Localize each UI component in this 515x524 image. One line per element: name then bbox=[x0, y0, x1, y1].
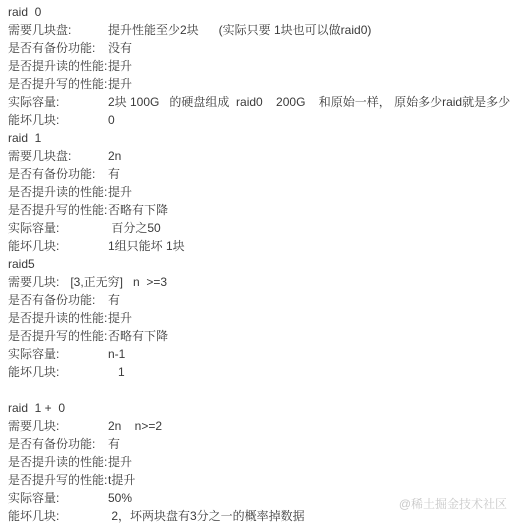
section-title: raid 0 bbox=[8, 3, 515, 21]
field-row: 是否有备份功能: 有 bbox=[8, 291, 515, 309]
field-label: 实际容量: bbox=[8, 345, 108, 363]
field-label: 是否提升读的性能: bbox=[8, 183, 108, 201]
field-row: 是否提升写的性能: t提升 bbox=[8, 471, 515, 489]
section-title: raid 1 bbox=[8, 129, 515, 147]
field-value: [3,正无穷] n >=3 bbox=[70, 273, 167, 291]
section-title: raid5 bbox=[8, 255, 515, 273]
field-label: 是否有备份功能: bbox=[8, 165, 108, 183]
field-value: 2n n>=2 bbox=[108, 417, 162, 435]
field-label: 是否提升读的性能: bbox=[8, 453, 108, 471]
notes-document: raid 0 需要几块盘: 提升性能至少2块 (实际只要 1块也可以做raid0… bbox=[0, 0, 515, 524]
field-row: 实际容量: 2块 100G 的硬盘组成 raid0 200G 和原始一样， 原始… bbox=[8, 93, 515, 111]
field-value: 有 bbox=[108, 435, 120, 453]
field-value: n-1 bbox=[108, 345, 125, 363]
field-value: 2n bbox=[108, 147, 121, 165]
section-title: raid 1 + 0 bbox=[8, 399, 515, 417]
field-value: 提升 bbox=[108, 453, 132, 471]
field-row: 是否提升读的性能: 提升 bbox=[8, 309, 515, 327]
field-value: 2，坏两块盘有3分之一的概率掉数据 bbox=[108, 507, 305, 524]
field-label: 是否提升写的性能: bbox=[8, 327, 108, 345]
field-label: 实际容量: bbox=[8, 93, 108, 111]
field-value: 否略有下降 bbox=[108, 327, 168, 345]
field-row: 需要几块盘: 提升性能至少2块 (实际只要 1块也可以做raid0) bbox=[8, 21, 515, 39]
field-row: 实际容量: n-1 bbox=[8, 345, 515, 363]
field-row: 实际容量: 百分之50 bbox=[8, 219, 515, 237]
field-label: 需要几块盘: bbox=[8, 147, 108, 165]
section-raid-5: raid5 需要几块: [3,正无穷] n >=3 是否有备份功能: 有 是否提… bbox=[8, 255, 515, 381]
field-label: 实际容量: bbox=[8, 219, 108, 237]
field-value: 否略有下降 bbox=[108, 201, 168, 219]
field-value: 百分之50 bbox=[108, 219, 161, 237]
field-label: 是否提升写的性能: bbox=[8, 75, 108, 93]
field-label: 是否提升写的性能: bbox=[8, 471, 108, 489]
field-value: 没有 bbox=[108, 39, 132, 57]
field-value: 提升性能至少2块 (实际只要 1块也可以做raid0) bbox=[108, 21, 371, 39]
field-value: 提升 bbox=[108, 57, 132, 75]
field-label: 是否有备份功能: bbox=[8, 435, 108, 453]
field-row: 需要几块: 2n n>=2 bbox=[8, 417, 515, 435]
field-value: 1 bbox=[108, 363, 125, 381]
field-label: 需要几块: bbox=[8, 273, 59, 291]
field-value: 有 bbox=[108, 291, 120, 309]
field-row: 需要几块: [3,正无穷] n >=3 bbox=[8, 273, 515, 291]
field-label: 是否提升写的性能: bbox=[8, 201, 108, 219]
field-value: 提升 bbox=[108, 75, 132, 93]
field-row: 是否提升读的性能: 提升 bbox=[8, 57, 515, 75]
field-row: 能坏几块: 0 bbox=[8, 111, 515, 129]
field-value: 2块 100G 的硬盘组成 raid0 200G 和原始一样， 原始多少raid… bbox=[108, 93, 510, 111]
field-row: 需要几块盘: 2n bbox=[8, 147, 515, 165]
field-row: 是否提升读的性能: 提升 bbox=[8, 183, 515, 201]
field-value: 0 bbox=[108, 111, 115, 129]
field-label: 需要几块: bbox=[8, 417, 108, 435]
field-row: 是否提升写的性能: 否略有下降 bbox=[8, 327, 515, 345]
field-label: 能坏几块: bbox=[8, 237, 108, 255]
field-label: 能坏几块: bbox=[8, 111, 108, 129]
field-label: 是否有备份功能: bbox=[8, 39, 108, 57]
field-row: 是否提升读的性能: 提升 bbox=[8, 453, 515, 471]
field-label: 是否有备份功能: bbox=[8, 291, 108, 309]
field-row: 是否提升写的性能: 提升 bbox=[8, 75, 515, 93]
watermark: @稀土掘金技术社区 bbox=[399, 495, 507, 513]
field-value: 提升 bbox=[108, 309, 132, 327]
field-label: 能坏几块: bbox=[8, 507, 108, 524]
field-value: t提升 bbox=[108, 471, 135, 489]
field-row: 能坏几块: 1组只能坏 1块 bbox=[8, 237, 515, 255]
field-row: 是否有备份功能: 有 bbox=[8, 165, 515, 183]
field-row: 是否提升写的性能: 否略有下降 bbox=[8, 201, 515, 219]
field-value: 50% bbox=[108, 489, 132, 507]
field-row: 是否有备份功能: 没有 bbox=[8, 39, 515, 57]
field-label: 能坏几块: bbox=[8, 363, 108, 381]
field-label: 是否提升读的性能: bbox=[8, 57, 108, 75]
field-value: 1组只能坏 1块 bbox=[108, 237, 185, 255]
field-label: 需要几块盘: bbox=[8, 21, 108, 39]
section-raid-0: raid 0 需要几块盘: 提升性能至少2块 (实际只要 1块也可以做raid0… bbox=[8, 3, 515, 129]
field-row: 是否有备份功能: 有 bbox=[8, 435, 515, 453]
field-row: 能坏几块: 1 bbox=[8, 363, 515, 381]
field-label: 是否提升读的性能: bbox=[8, 309, 108, 327]
field-value: 提升 bbox=[108, 183, 132, 201]
field-value: 有 bbox=[108, 165, 120, 183]
section-raid-1: raid 1 需要几块盘: 2n 是否有备份功能: 有 是否提升读的性能: 提升… bbox=[8, 129, 515, 255]
field-label: 实际容量: bbox=[8, 489, 108, 507]
